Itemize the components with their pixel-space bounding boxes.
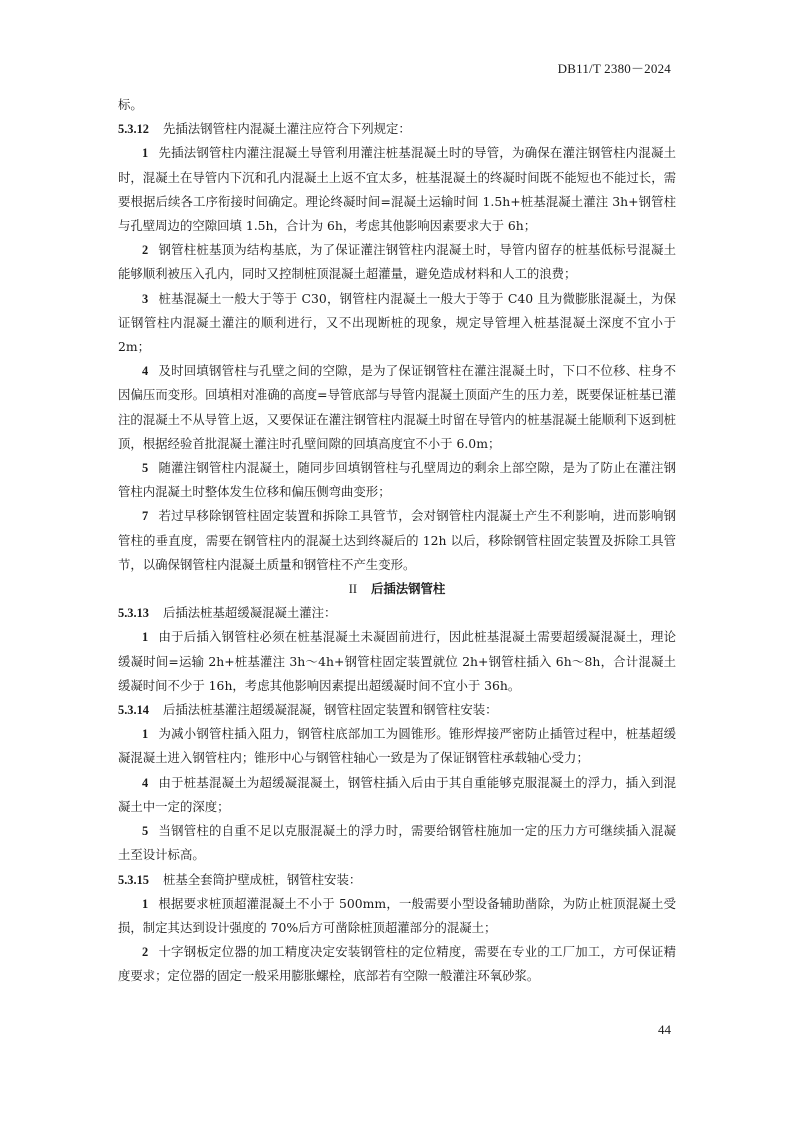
continued-text: 标。 (118, 93, 676, 117)
section-title: 后插法钢管柱 (371, 581, 445, 596)
page-number: 44 (658, 1022, 671, 1038)
item-text: 桩基混凝土一般大于等于 C30，钢管柱内混凝土一般大于等于 C40 且为微膨胀混… (118, 291, 676, 354)
clause-5-3-14-heading: 5.3.14后插法桩基灌注超缓凝混凝，钢管柱固定装置和钢管柱安装： (118, 698, 676, 722)
item-number: 1 (142, 630, 148, 644)
item-text: 钢管柱桩基顶为结构基底，为了保证灌注钢管柱内混凝土时，导管内留存的桩基低标号混凝… (118, 242, 676, 281)
item-number: 3 (142, 292, 148, 306)
item-text: 若过早移除钢管柱固定装置和拆除工具管节，会对钢管柱内混凝土产生不利影响，进而影响… (118, 508, 676, 571)
item-number: 1 (142, 146, 148, 160)
item-text: 当钢管柱的自重不足以克服混凝土的浮力时，需要给钢管柱施加一定的压力方可继续插入混… (118, 823, 676, 862)
item-text: 十字钢板定位器的加工精度决定安装钢管柱的定位精度，需要在专业的工厂加工，方可保证… (118, 944, 676, 983)
list-item: 4及时回填钢管柱与孔壁之间的空隙，是为了保证钢管柱在灌注混凝土时，下口不位移、柱… (118, 359, 676, 456)
clause-number: 5.3.13 (118, 606, 149, 620)
list-item: 1由于后插入钢管柱必须在桩基混凝土未凝固前进行，因此桩基混凝土需要超缓凝混凝土，… (118, 625, 676, 698)
item-text: 及时回填钢管柱与孔壁之间的空隙，是为了保证钢管柱在灌注混凝土时，下口不位移、柱身… (118, 363, 676, 451)
item-number: 5 (142, 824, 148, 838)
list-item: 1先插法钢管柱内灌注混凝土导管利用灌注桩基混凝土时的导管，为确保在灌注钢管柱内混… (118, 141, 676, 238)
list-item: 5随灌注钢管柱内混凝土，随同步回填钢管柱与孔壁周边的剩余上部空隙，是为了防止在灌… (118, 456, 676, 504)
item-text: 先插法钢管柱内灌注混凝土导管利用灌注桩基混凝土时的导管，为确保在灌注钢管柱内混凝… (118, 145, 676, 233)
section-roman-numeral: II (349, 582, 357, 596)
list-item: 4由于桩基混凝土为超缓凝混凝土，钢管柱插入后由于其自重能够克服混凝土的浮力，插入… (118, 771, 676, 819)
clause-title: 先插法钢管柱内混凝土灌注应符合下列规定： (163, 121, 411, 136)
list-item: 2十字钢板定位器的加工精度决定安装钢管柱的定位精度，需要在专业的工厂加工，方可保… (118, 940, 676, 988)
clause-title: 后插法桩基灌注超缓凝混凝，钢管柱固定装置和钢管柱安装： (163, 702, 498, 717)
clause-number: 5.3.15 (118, 873, 149, 887)
page-body: 标。 5.3.12先插法钢管柱内混凝土灌注应符合下列规定： 1先插法钢管柱内灌注… (118, 93, 676, 989)
section-heading: II后插法钢管柱 (118, 577, 676, 601)
clause-number: 5.3.12 (118, 122, 149, 136)
item-text: 由于后插入钢管柱必须在桩基混凝土未凝固前进行，因此桩基混凝土需要超缓凝混凝土，理… (118, 629, 676, 692)
clause-5-3-12-heading: 5.3.12先插法钢管柱内混凝土灌注应符合下列规定： (118, 117, 676, 141)
item-number: 2 (142, 243, 148, 257)
item-number: 1 (142, 897, 148, 911)
item-number: 2 (142, 945, 148, 959)
clause-number: 5.3.14 (118, 703, 149, 717)
clause-title: 桩基全套筒护壁成桩，钢管柱安装： (163, 872, 361, 887)
item-number: 4 (142, 364, 148, 378)
document-standard-number: DB11/T 2380－2024 (558, 58, 671, 77)
item-number: 7 (142, 509, 148, 523)
item-number: 1 (142, 727, 148, 741)
clause-5-3-13-heading: 5.3.13后插法桩基超缓凝混凝土灌注： (118, 601, 676, 625)
clause-5-3-15-heading: 5.3.15桩基全套筒护壁成桩，钢管柱安装： (118, 868, 676, 892)
item-number: 5 (142, 461, 148, 475)
clause-title: 后插法桩基超缓凝混凝土灌注： (163, 605, 336, 620)
list-item: 5当钢管柱的自重不足以克服混凝土的浮力时，需要给钢管柱施加一定的压力方可继续插入… (118, 819, 676, 867)
item-number: 4 (142, 776, 148, 790)
list-item: 2钢管柱桩基顶为结构基底，为了保证灌注钢管柱内混凝土时，导管内留存的桩基低标号混… (118, 238, 676, 286)
list-item: 1根据要求桩顶超灌混凝土不小于 500mm，一般需要小型设备辅助凿除，为防止桩顶… (118, 892, 676, 940)
item-text: 根据要求桩顶超灌混凝土不小于 500mm，一般需要小型设备辅助凿除，为防止桩顶混… (118, 896, 676, 935)
list-item: 3桩基混凝土一般大于等于 C30，钢管柱内混凝土一般大于等于 C40 且为微膨胀… (118, 287, 676, 360)
list-item: 1为减小钢管柱插入阻力，钢管柱底部加工为圆锥形。锥形焊接严密防止插管过程中，桩基… (118, 722, 676, 770)
item-text: 为减小钢管柱插入阻力，钢管柱底部加工为圆锥形。锥形焊接严密防止插管过程中，桩基超… (118, 726, 676, 765)
item-text: 由于桩基混凝土为超缓凝混凝土，钢管柱插入后由于其自重能够克服混凝土的浮力，插入到… (118, 775, 676, 814)
item-text: 随灌注钢管柱内混凝土，随同步回填钢管柱与孔壁周边的剩余上部空隙，是为了防止在灌注… (118, 460, 676, 499)
list-item: 7若过早移除钢管柱固定装置和拆除工具管节，会对钢管柱内混凝土产生不利影响，进而影… (118, 504, 676, 577)
